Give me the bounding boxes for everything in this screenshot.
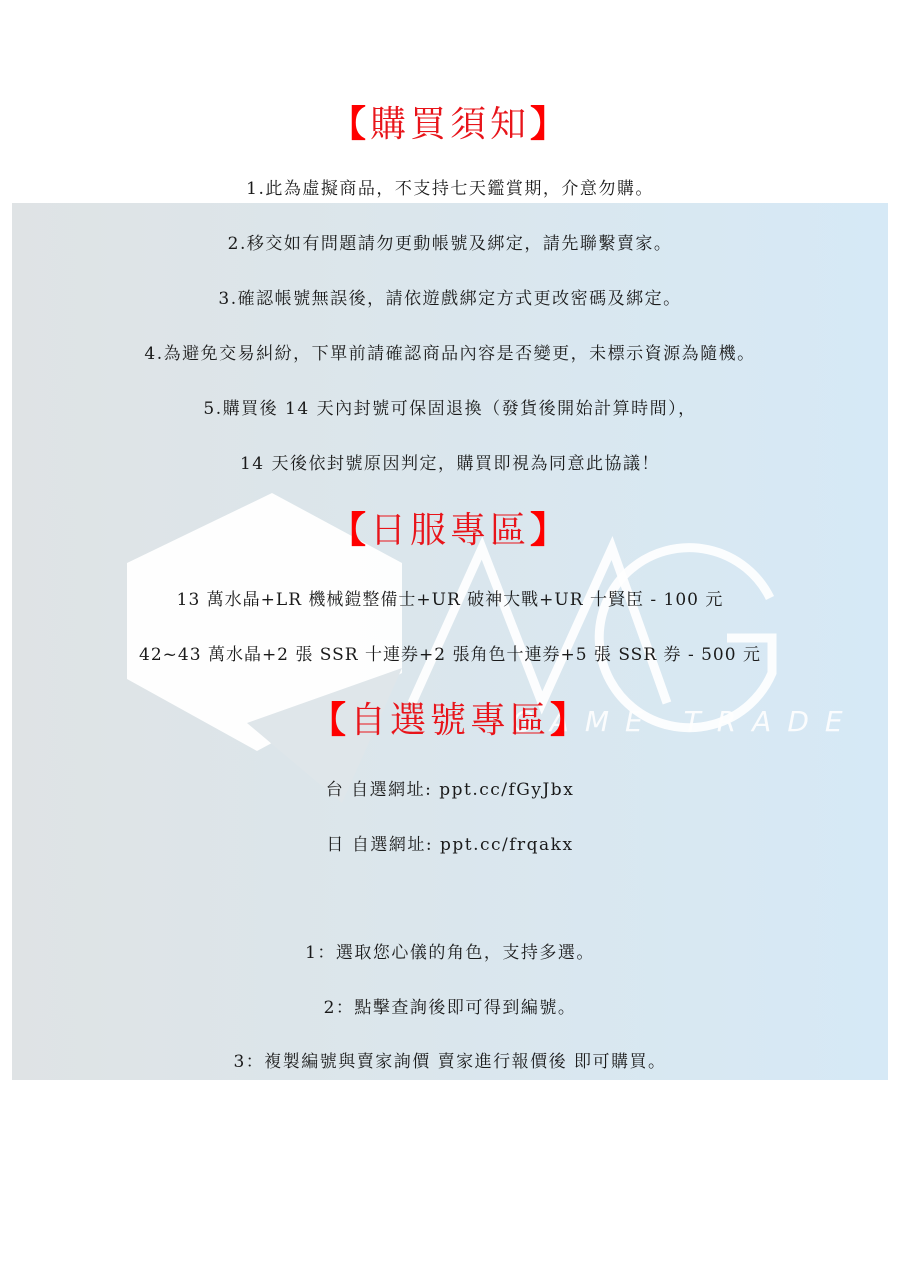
custom-step-1: 1：選取您心儀的角色，支持多選。	[0, 941, 900, 965]
custom-select-title: 自選號專區	[350, 700, 550, 741]
region-label: 日	[326, 835, 345, 855]
notice-item-6: 14 天後依封號原因判定，購買即視為同意此協議！	[0, 452, 900, 476]
custom-select-heading: 【自選號專區】	[0, 698, 900, 743]
notice-item-1: 1.此為虛擬商品，不支持七天鑑賞期，介意勿購。	[0, 177, 900, 201]
notice-item-2: 2.移交如有問題請勿更動帳號及綁定，請先聯繫賣家。	[0, 232, 900, 256]
purchase-notice-title: 購買須知	[370, 104, 530, 145]
purchase-notice-heading: 【購買須知】	[0, 102, 900, 147]
jp-offer-2: 42~43 萬水晶+2 張 SSR 十連券+2 張角色十連券+5 張 SSR 券…	[0, 643, 900, 667]
notice-item-4: 4.為避免交易糾紛，下單前請確認商品內容是否變更，未標示資源為隨機。	[0, 342, 900, 366]
jp-server-heading: 【日服專區】	[0, 508, 900, 553]
custom-step-2: 2：點擊查詢後即可得到編號。	[0, 996, 900, 1020]
bracket-left: 【	[330, 103, 370, 145]
bracket-left: 【	[310, 699, 350, 741]
custom-step-3: 3：複製編號與賣家詢價 賣家進行報價後 即可購買。	[0, 1050, 900, 1074]
link-label: 自選網址:	[352, 835, 433, 855]
link-label: 自選網址:	[351, 780, 432, 800]
region-label: 台	[326, 780, 345, 800]
notice-item-5: 5.購買後 14 天內封號可保固退換（發貨後開始計算時間），	[0, 397, 900, 421]
custom-url-tw[interactable]: ppt.cc/fGyJbx	[439, 780, 574, 800]
custom-link-tw: 台 自選網址: ppt.cc/fGyJbx	[0, 778, 900, 802]
jp-server-title: 日服專區	[370, 510, 530, 551]
bracket-right: 】	[550, 699, 590, 741]
custom-link-jp: 日 自選網址: ppt.cc/frqakx	[0, 833, 900, 857]
jp-offer-1: 13 萬水晶+LR 機械鎧整備士+UR 破神大戰+UR 十賢臣 - 100 元	[0, 588, 900, 612]
bracket-left: 【	[330, 509, 370, 551]
bracket-right: 】	[530, 103, 570, 145]
notice-item-3: 3.確認帳號無誤後，請依遊戲綁定方式更改密碼及綁定。	[0, 287, 900, 311]
bracket-right: 】	[530, 509, 570, 551]
custom-url-jp[interactable]: ppt.cc/frqakx	[440, 835, 574, 855]
